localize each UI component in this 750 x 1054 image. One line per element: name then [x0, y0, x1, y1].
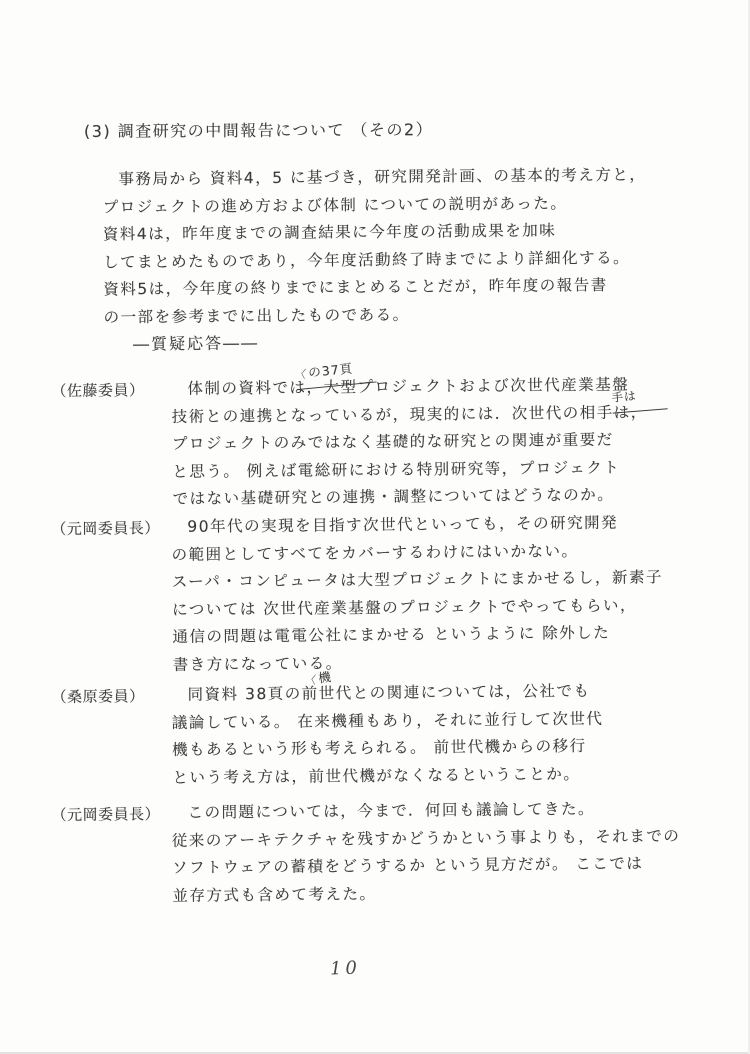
entry-line: 通信の問題は電電公社にまかせる というように 除外した	[172, 619, 667, 651]
insertion-note-ki: 〈機	[304, 663, 334, 694]
intro-line: 事務局から 資料4，5 に基づき，研究開発計画、の基本的考え方と，	[102, 162, 662, 194]
qa-entry-kuwahara: （桑原委員） 〈機 同資料 38頁の前世代との関連については，公社でも 議論して…	[0, 676, 750, 793]
speaker-label: （元岡委員長）	[51, 801, 160, 830]
section-heading: (3) 調査研究の中間報告について （その2）	[84, 117, 433, 142]
speaker-label: （桑原委員）	[51, 683, 144, 711]
entry-line: ではない基礎研究との連携・調整についてはどうなのか。	[172, 481, 667, 513]
insertion-caret-icon: 〈	[295, 360, 308, 388]
correction-note-teha: 手は	[611, 380, 668, 413]
scanned-minutes-page: (3) 調査研究の中間報告について （その2） 事務局から 資料4，5 に基づき…	[0, 0, 750, 1054]
insertion-note-text: の37頁	[308, 361, 354, 380]
speaker-label: （元岡委員長）	[51, 515, 160, 544]
insertion-caret-icon: 〈	[305, 666, 317, 694]
intro-line: 資料5は，今年度の終りまでにまとめることだが，昨年度の報告書	[103, 272, 663, 304]
entry-line: スーパ・コンピュータは大型プロジェクトにまかせるし，新素子	[172, 564, 667, 596]
entry-line: という考え方は，前世代機がなくなるということか。	[172, 760, 667, 792]
entry-line: 体制の資料では，大型プロジェクトおよび次世代産業基盤	[171, 371, 666, 403]
intro-line: の一部を参考までに出したものである。	[103, 299, 663, 331]
entry-line: 90年代の実現を目指す次世代といっても，その研究開発	[171, 509, 666, 541]
entry-line: 書き方になっている。	[173, 647, 668, 679]
insertion-note-text: 機	[318, 669, 333, 685]
entry-line: ソフトウェアの蓄積をどうするか という見方だが。 ここでは	[172, 850, 667, 882]
qa-entry-sato: （佐藤委員） 〈の37頁 手は 体制の資料では，大型プロジェクトおよび次世代産業…	[0, 370, 750, 515]
qa-entry-motooka-1: （元岡委員長） 90年代の実現を目指す次世代といっても，その研究開発 の範囲とし…	[0, 508, 750, 680]
page-number: 10	[330, 957, 362, 979]
entry-line: 議論している。 在来機種もあり，それに並行して次世代	[172, 705, 667, 737]
speaker-label: （佐藤委員）	[51, 377, 144, 405]
qa-entry-motooka-2: （元岡委員長） この問題については，今まで．何回も議論してきた。 従来のアーキテ…	[0, 794, 750, 911]
entry-line: プロジェクトのみではなく基礎的な研究との関連が重要だ	[172, 426, 667, 458]
qa-session-heading: ―質疑応答――	[133, 330, 259, 354]
entry-line: 並存方式も含めて考えた。	[172, 878, 667, 910]
intro-paragraph: 事務局から 資料4，5 に基づき，研究開発計画、の基本的考え方と， プロジェクト…	[102, 162, 663, 332]
entry-line: この問題については，今まで．何回も議論してきた。	[171, 795, 666, 827]
